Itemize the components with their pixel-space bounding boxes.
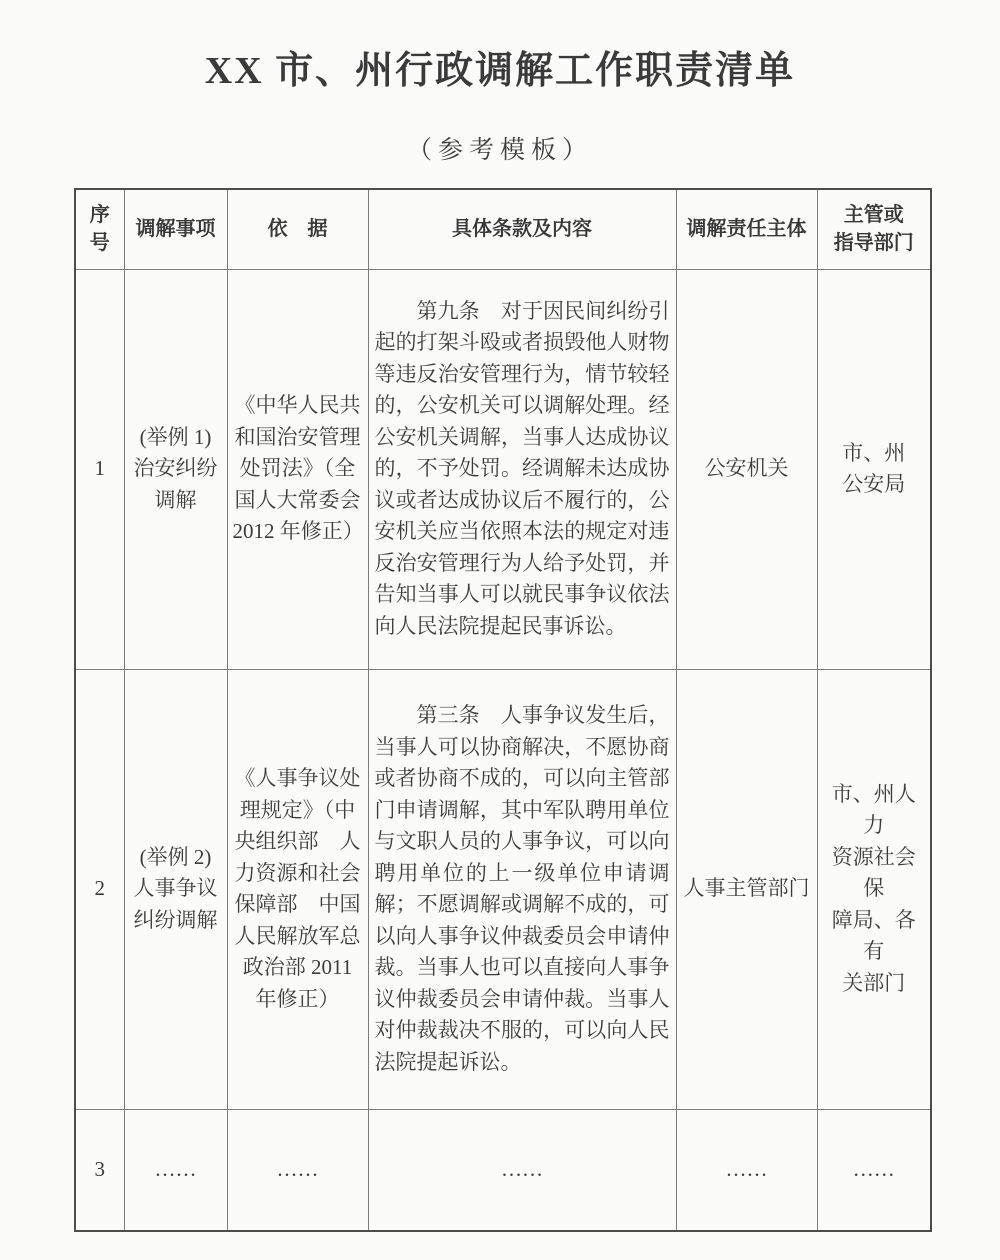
cell-supervisor: 市、州 公安局 xyxy=(817,269,931,669)
cell-supervisor: …… xyxy=(817,1109,931,1231)
header-cell-index: 序号 xyxy=(75,189,124,269)
table-row-3: 3 …… …… …… …… …… xyxy=(75,1109,931,1231)
content-paragraph: 第三条 人事争议发生后，当事人可以协商解决，不愿协商或者协商不成的，可以向主管部… xyxy=(375,700,670,1078)
header-cell-basis: 依 据 xyxy=(227,189,368,269)
cell-matter: (举例 1) 治安纠纷 调解 xyxy=(124,269,227,669)
cell-content: 第三条 人事争议发生后，当事人可以协商解决，不愿协商或者协商不成的，可以向主管部… xyxy=(368,669,676,1109)
cell-responsible: …… xyxy=(676,1109,817,1231)
header-cell-content: 具体条款及内容 xyxy=(368,189,676,269)
cell-matter: (举例 2) 人事争议 纠纷调解 xyxy=(124,669,227,1109)
cell-supervisor: 市、州人力 资源社会保 障局、各有 关部门 xyxy=(817,669,931,1109)
cell-content: 第九条 对于因民间纠纷引起的打架斗殴或者损毁他人财物等违反治安管理行为，情节较轻… xyxy=(368,269,676,669)
cell-basis: …… xyxy=(227,1109,368,1231)
table-row-2: 2 (举例 2) 人事争议 纠纷调解 《人事争议处 理规定》（中 央组织部 人 … xyxy=(75,669,931,1109)
cell-index: 1 xyxy=(75,269,124,669)
header-cell-responsible: 调解责任主体 xyxy=(676,189,817,269)
cell-responsible: 人事主管部门 xyxy=(676,669,817,1109)
content-paragraph: 第九条 对于因民间纠纷引起的打架斗殴或者损毁他人财物等违反治安管理行为，情节较轻… xyxy=(375,296,670,643)
cell-basis: 《人事争议处 理规定》（中 央组织部 人 力资源和社会 保障部 中国 人民解放军… xyxy=(227,669,368,1109)
page-title: XX 市、州行政调解工作职责清单 xyxy=(0,48,1000,94)
table-header-row: 序号 调解事项 依 据 具体条款及内容 调解责任主体 主管或 指导部门 xyxy=(75,189,931,269)
cell-matter: …… xyxy=(124,1109,227,1231)
responsibility-table: 序号 调解事项 依 据 具体条款及内容 调解责任主体 主管或 指导部门 1 (举… xyxy=(74,188,932,1232)
cell-index: 3 xyxy=(75,1109,124,1231)
cell-basis: 《中华人民共 和国治安管理 处罚法》（全 国人大常委会 2012 年修正） xyxy=(227,269,368,669)
header-cell-matter: 调解事项 xyxy=(124,189,227,269)
document-page: XX 市、州行政调解工作职责清单 （参考模板） 序号 调解事项 依 据 具体条款… xyxy=(0,0,1000,1260)
header-cell-supervisor: 主管或 指导部门 xyxy=(817,189,931,269)
cell-content: …… xyxy=(368,1109,676,1231)
cell-index: 2 xyxy=(75,669,124,1109)
table-row-1: 1 (举例 1) 治安纠纷 调解 《中华人民共 和国治安管理 处罚法》（全 国人… xyxy=(75,269,931,669)
cell-responsible: 公安机关 xyxy=(676,269,817,669)
page-subtitle: （参考模板） xyxy=(0,136,1000,166)
